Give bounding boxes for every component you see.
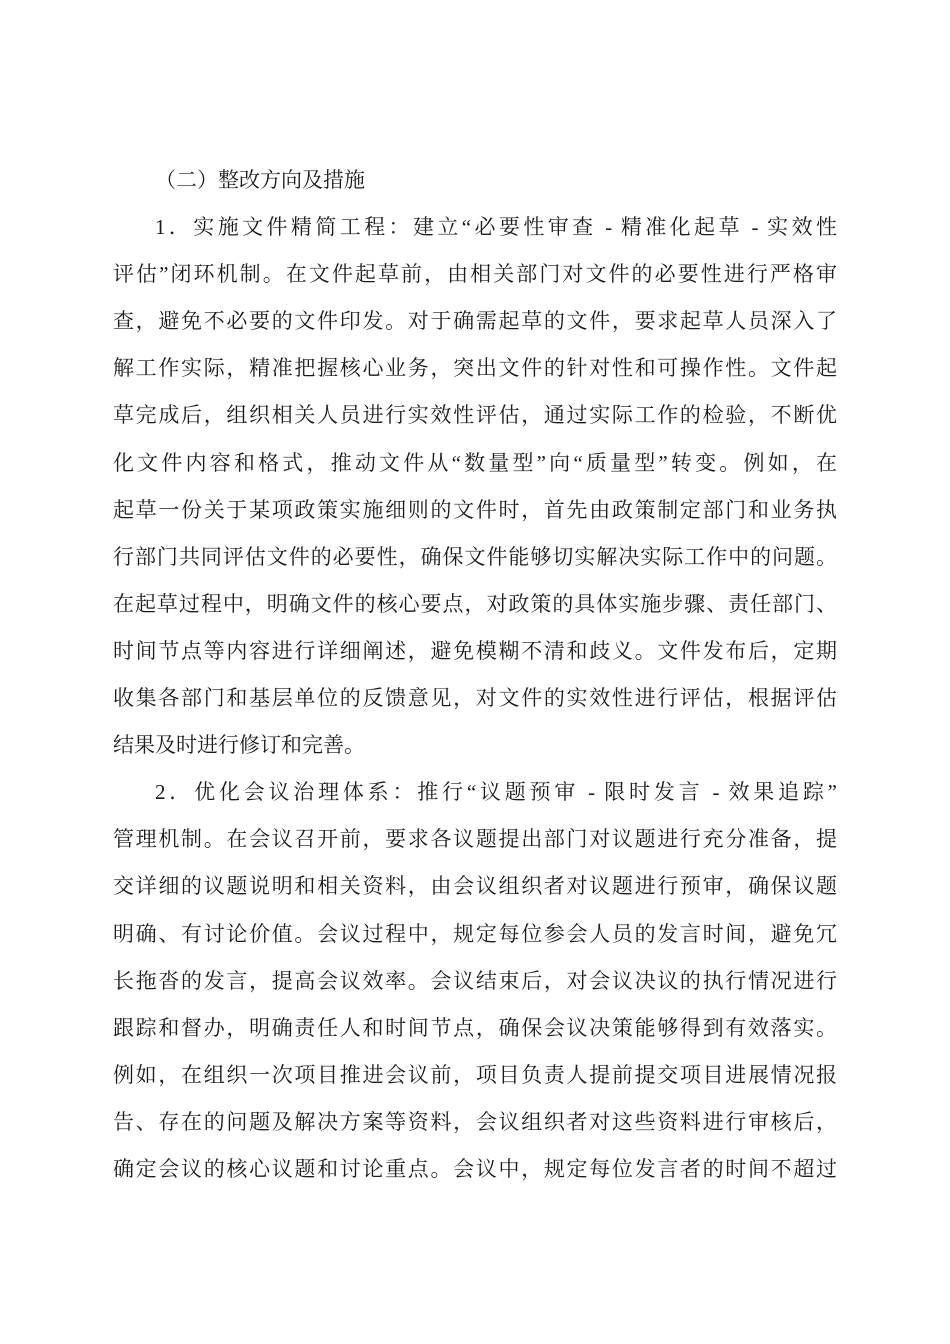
text-line: 起草一份关于某项政策实施细则的文件时，首先由政策制定部门和业务执 (113, 487, 837, 534)
text-line: 1．实施文件精简工程：建立“必要性审查 - 精准化起草 - 实效性 (113, 204, 837, 251)
text-line: 查，避免不必要的文件印发。对于确需起草的文件，要求起草人员深入了 (113, 298, 837, 345)
text-line: 化文件内容和格式，推动文件从“数量型”向“质量型”转变。例如，在 (113, 440, 837, 487)
text-line: 行部门共同评估文件的必要性，确保文件能够切实解决实际工作中的问题。 (113, 534, 837, 581)
text-line: 2．优化会议治理体系：推行“议题预审 - 限时发言 - 效果追踪” (113, 769, 837, 816)
text-line: 结果及时进行修订和完善。 (113, 722, 837, 769)
text-line: 告、存在的问题及解决方案等资料，会议组织者对这些资料进行审核后， (113, 1099, 837, 1146)
text-line: 长拖沓的发言，提高会议效率。会议结束后，对会议决议的执行情况进行 (113, 958, 837, 1005)
text-line: 草完成后，组织相关人员进行实效性评估，通过实际工作的检验，不断优 (113, 392, 837, 439)
text-line: 交详细的议题说明和相关资料，由会议组织者对议题进行预审，确保议题 (113, 863, 837, 910)
text-line: 明确、有讨论价值。会议过程中，规定每位参会人员的发言时间，避免冗 (113, 911, 837, 958)
text-line: 管理机制。在会议召开前，要求各议题提出部门对议题进行充分准备，提 (113, 816, 837, 863)
text-line: 例如，在组织一次项目推进会议前，项目负责人提前提交项目进展情况报 (113, 1052, 837, 1099)
text-line: 跟踪和督办，明确责任人和时间节点，确保会议决策能够得到有效落实。 (113, 1005, 837, 1052)
text-line: 收集各部门和基层单位的反馈意见，对文件的实效性进行评估，根据评估 (113, 675, 837, 722)
text-line: 确定会议的核心议题和讨论重点。会议中，规定每位发言者的时间不超过 (113, 1146, 837, 1193)
document-text-block: （二）整改方向及措施 1．实施文件精简工程：建立“必要性审查 - 精准化起草 -… (113, 157, 837, 1193)
section-heading: （二）整改方向及措施 (113, 157, 837, 204)
text-line: 时间节点等内容进行详细阐述，避免模糊不清和歧义。文件发布后，定期 (113, 628, 837, 675)
document-page: （二）整改方向及措施 1．实施文件精简工程：建立“必要性审查 - 精准化起草 -… (0, 0, 950, 1344)
text-line: 在起草过程中，明确文件的核心要点，对政策的具体实施步骤、责任部门、 (113, 581, 837, 628)
text-line: 解工作实际，精准把握核心业务，突出文件的针对性和可操作性。文件起 (113, 345, 837, 392)
text-line: 评估”闭环机制。在文件起草前，由相关部门对文件的必要性进行严格审 (113, 251, 837, 298)
